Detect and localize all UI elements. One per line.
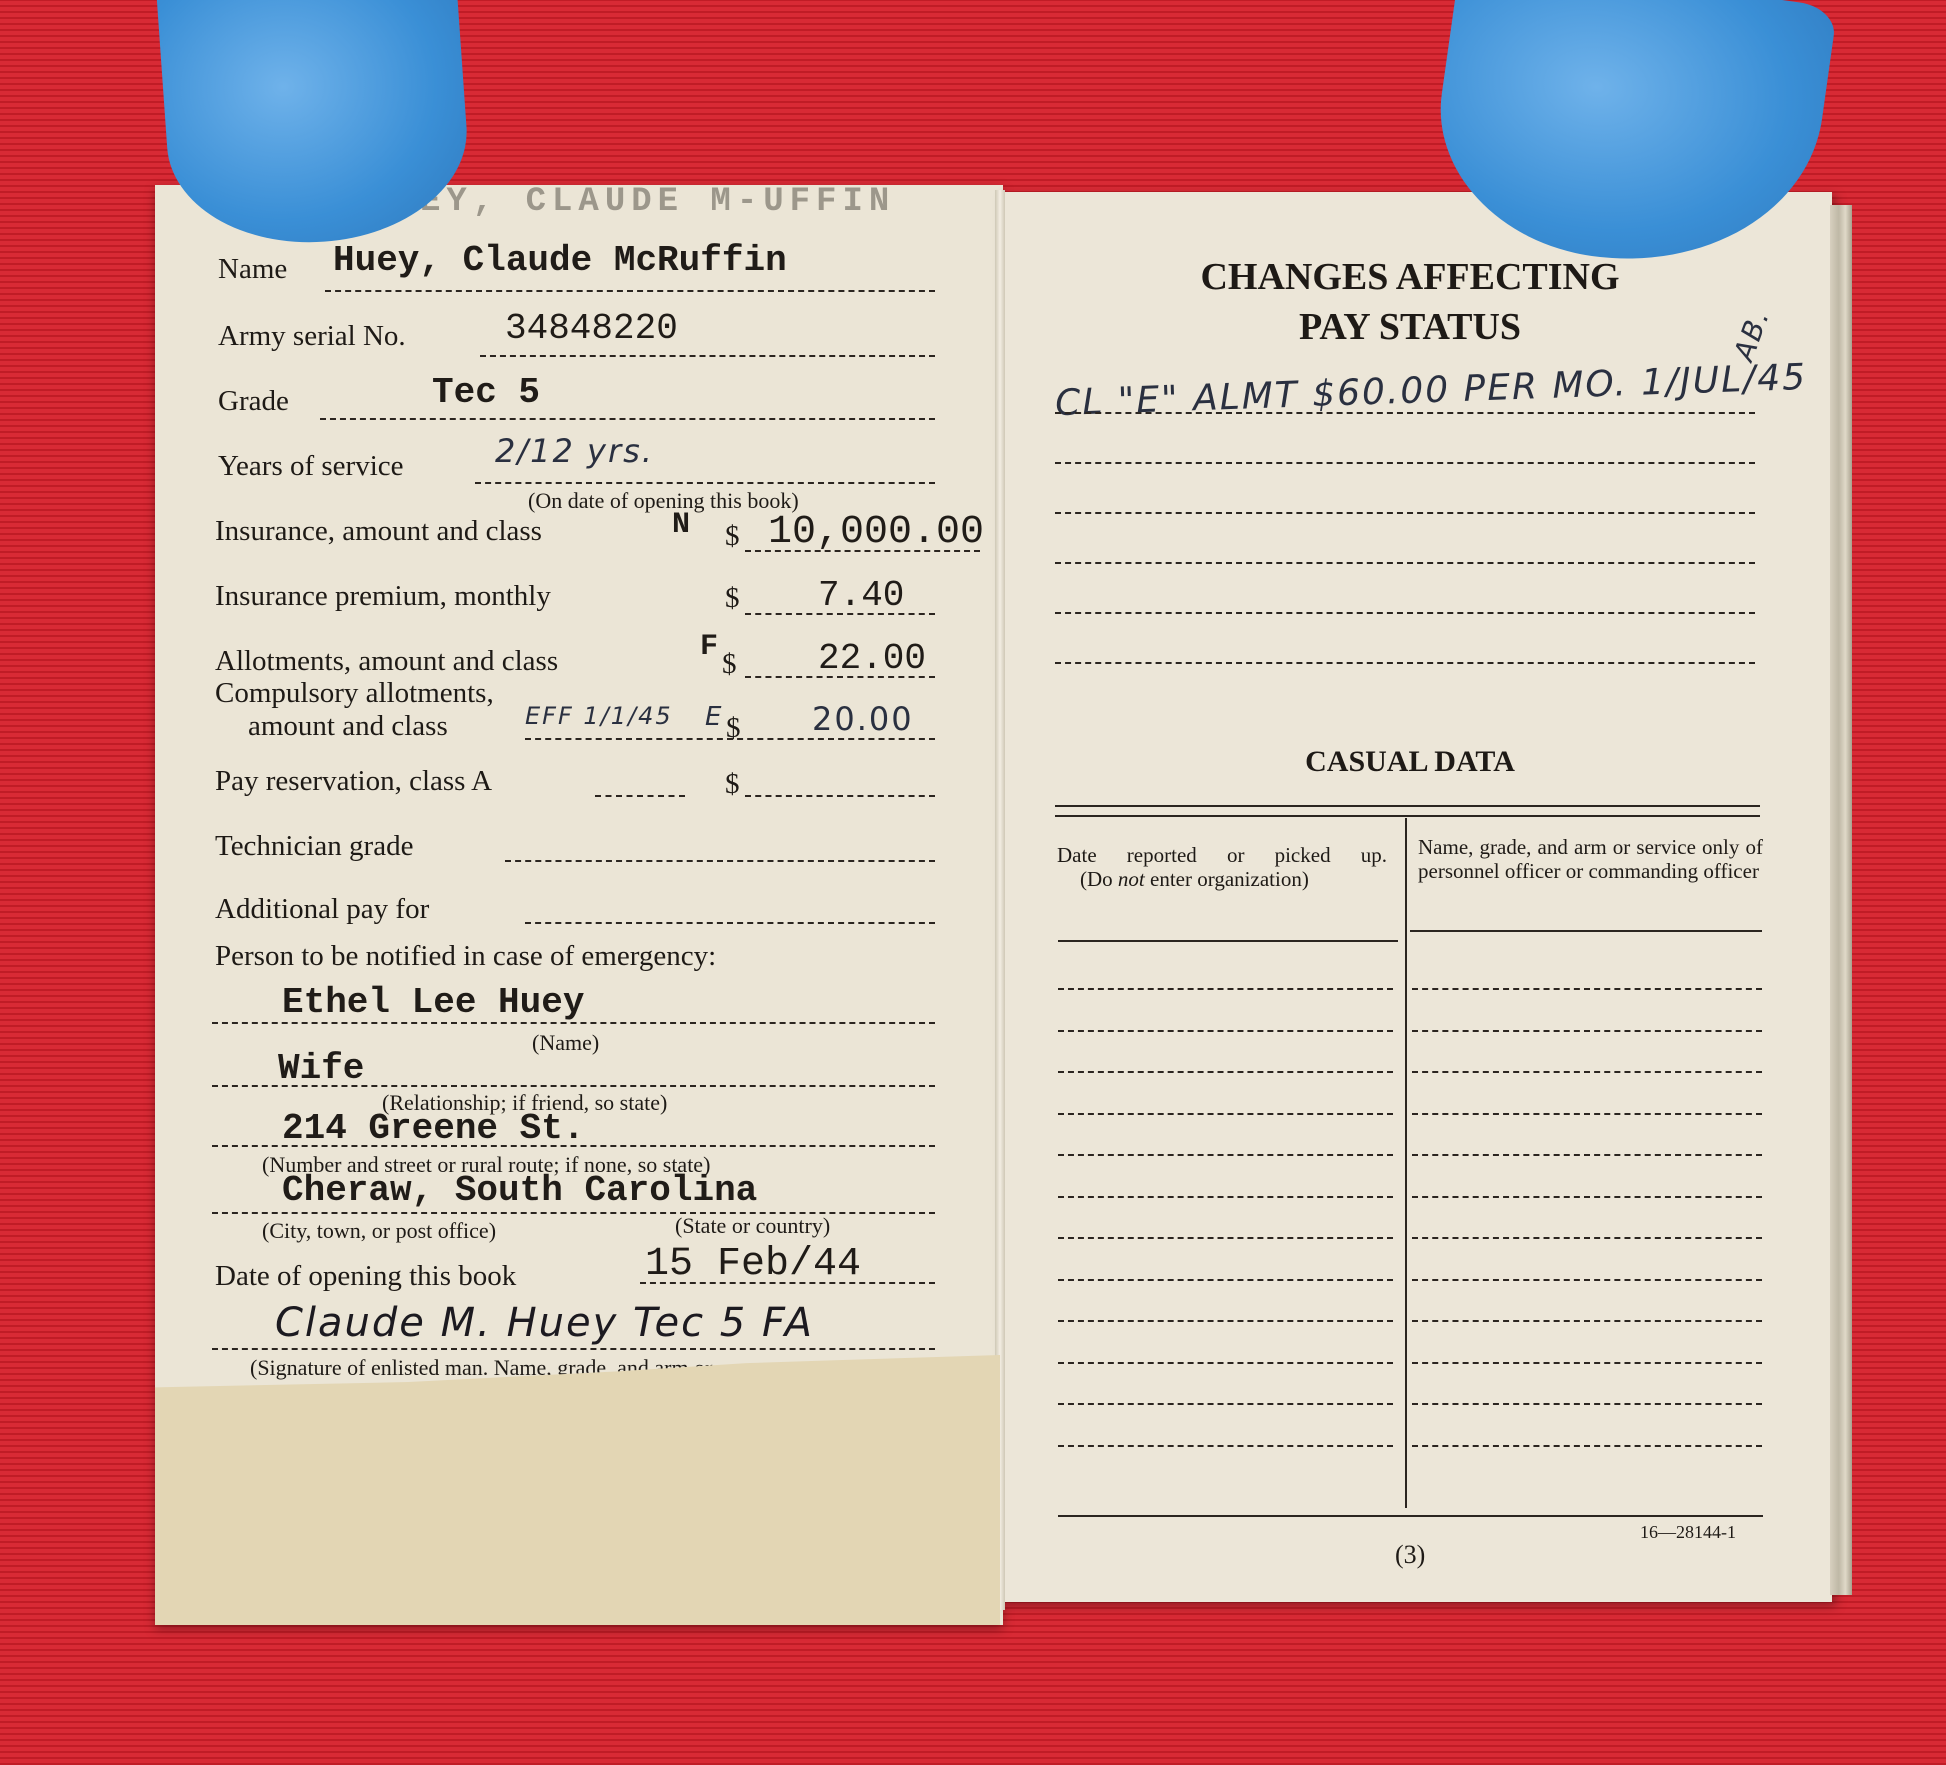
- compulsory-value: 20.00: [812, 700, 914, 738]
- casual-row-officer-line: [1412, 1154, 1762, 1156]
- grade-value: Tec 5: [432, 372, 540, 413]
- casual-row-officer-line: [1412, 1445, 1762, 1447]
- casual-row-date-line: [1058, 1196, 1393, 1198]
- date-opened-value: 15 Feb/44: [645, 1242, 861, 1287]
- emergency-city-caption: (City, town, or post office): [262, 1218, 496, 1244]
- compulsory-class: E: [705, 702, 723, 732]
- page-number: (3): [1395, 1540, 1425, 1570]
- compulsory-line: [525, 738, 935, 740]
- casual-row-officer-line: [1412, 1237, 1762, 1239]
- casual-row-officer-line: [1412, 1196, 1762, 1198]
- insurance-currency: $: [725, 520, 740, 553]
- casual-row-officer-line: [1412, 1113, 1762, 1115]
- casual-top-rule-1: [1055, 805, 1760, 807]
- emergency-street: 214 Greene St.: [282, 1108, 584, 1149]
- casual-row-date-line: [1058, 1445, 1393, 1447]
- emergency-state-caption: (State or country): [675, 1213, 830, 1239]
- name-line: [325, 290, 935, 292]
- casual-bottom-rule: [1058, 1515, 1763, 1517]
- serial-label: Army serial No.: [218, 320, 406, 353]
- casual-row-date-line: [1058, 1279, 1393, 1281]
- compulsory-label-1: Compulsory allotments,: [215, 677, 494, 710]
- casual-row-officer-line: [1412, 1403, 1762, 1405]
- technician-grade-label: Technician grade: [215, 830, 413, 863]
- premium-value: 7.40: [818, 575, 904, 616]
- emergency-name-caption: (Name): [532, 1030, 599, 1056]
- grade-label: Grade: [218, 385, 289, 418]
- casual-row-date-line: [1058, 1403, 1393, 1405]
- grade-line: [320, 418, 935, 420]
- additional-pay-label: Additional pay for: [215, 893, 429, 926]
- years-service-label: Years of service: [218, 450, 404, 483]
- casual-row-date-line: [1058, 1113, 1393, 1115]
- allotments-label: Allotments, amount and class: [215, 645, 558, 678]
- signature-line: [212, 1348, 935, 1350]
- allotments-class: F: [700, 630, 718, 664]
- changes-entry-line: [1055, 662, 1755, 664]
- casual-row-officer-line: [1412, 1030, 1762, 1032]
- allotments-value: 22.00: [818, 638, 926, 679]
- pay-reservation-currency: $: [725, 768, 740, 801]
- serial-value: 34848220: [505, 308, 678, 349]
- insurance-class: N: [672, 508, 690, 542]
- casual-row-date-line: [1058, 1237, 1393, 1239]
- additional-pay-line: [525, 922, 935, 924]
- insurance-line: [745, 550, 980, 552]
- casual-row-date-line: [1058, 988, 1393, 990]
- faint-typed-header: EY, CLAUDE M-UFFIN: [420, 183, 895, 221]
- casual-row-officer-line: [1412, 1362, 1762, 1364]
- casual-col1-line1: Date reported or picked up.: [1057, 843, 1387, 867]
- years-service-line: [475, 482, 935, 484]
- casual-row-date-line: [1058, 1030, 1393, 1032]
- casual-col1-line2: (Do not enter organization): [1080, 867, 1309, 891]
- pay-reservation-line: [745, 795, 935, 797]
- torn-page-flap: [155, 1355, 1000, 1625]
- name-value: Huey, Claude McRuffin: [333, 240, 787, 281]
- casual-data-heading: CASUAL DATA: [1100, 745, 1720, 779]
- premium-line: [745, 613, 935, 615]
- years-service-value: 2/12 yrs.: [495, 432, 654, 470]
- allotments-line: [745, 676, 935, 678]
- insurance-value: 10,000.00: [768, 510, 984, 555]
- compulsory-annotation: EFF 1/1/45: [525, 702, 673, 730]
- casual-row-date-line: [1058, 1320, 1393, 1322]
- compulsory-currency: $: [726, 712, 741, 745]
- emergency-relationship-line: [212, 1085, 935, 1087]
- pay-reservation-label: Pay reservation, class A: [215, 765, 492, 798]
- premium-label: Insurance premium, monthly: [215, 580, 551, 613]
- col1-line2-pre: (Do: [1080, 867, 1118, 891]
- changes-entry-line: [1055, 562, 1755, 564]
- years-service-note: (On date of opening this book): [528, 488, 799, 514]
- col1-line2-post: enter organization): [1145, 867, 1309, 891]
- form-number: 16—28144-1: [1640, 1522, 1736, 1543]
- emergency-city-state: Cheraw, South Carolina: [282, 1170, 757, 1211]
- casual-row-date-line: [1058, 1154, 1393, 1156]
- allotments-currency: $: [722, 648, 737, 681]
- technician-grade-line: [505, 860, 935, 862]
- changes-entry-line: [1055, 512, 1755, 514]
- emergency-relationship: Wife: [278, 1048, 364, 1089]
- col1-line2-em: not: [1118, 867, 1145, 891]
- signature-value: Claude M. Huey Tec 5 FA: [275, 1300, 814, 1346]
- casual-row-officer-line: [1412, 1071, 1762, 1073]
- compulsory-label-2: amount and class: [248, 710, 448, 743]
- serial-line: [480, 355, 935, 357]
- changes-entry-line: [1055, 462, 1755, 464]
- name-label: Name: [218, 253, 287, 286]
- casual-row-officer-line: [1412, 1279, 1762, 1281]
- casual-row-date-line: [1058, 1071, 1393, 1073]
- casual-column-divider: [1405, 818, 1407, 1508]
- casual-col1-header-rule: [1058, 940, 1398, 942]
- page-edges: [1830, 205, 1852, 1595]
- emergency-name-line: [212, 1022, 935, 1024]
- premium-currency: $: [725, 582, 740, 615]
- casual-row-officer-line: [1412, 988, 1762, 990]
- date-opened-label: Date of opening this book: [215, 1260, 516, 1293]
- pay-reservation-class-line: [595, 795, 685, 797]
- casual-top-rule-2: [1055, 815, 1760, 817]
- emergency-heading: Person to be notified in case of emergen…: [215, 940, 716, 973]
- date-opened-line: [640, 1282, 935, 1284]
- emergency-street-line: [212, 1145, 935, 1147]
- changes-entry-line: [1055, 612, 1755, 614]
- emergency-name: Ethel Lee Huey: [282, 982, 584, 1023]
- casual-col2-header: Name, grade, and arm or service only of …: [1418, 835, 1763, 883]
- changes-heading-line2: PAY STATUS: [1100, 305, 1720, 349]
- casual-col2-header-rule: [1410, 930, 1762, 932]
- changes-heading-line1: CHANGES AFFECTING: [1100, 255, 1720, 299]
- insurance-label: Insurance, amount and class: [215, 515, 542, 548]
- casual-row-date-line: [1058, 1362, 1393, 1364]
- changes-entry-line: [1055, 412, 1755, 414]
- casual-row-officer-line: [1412, 1320, 1762, 1322]
